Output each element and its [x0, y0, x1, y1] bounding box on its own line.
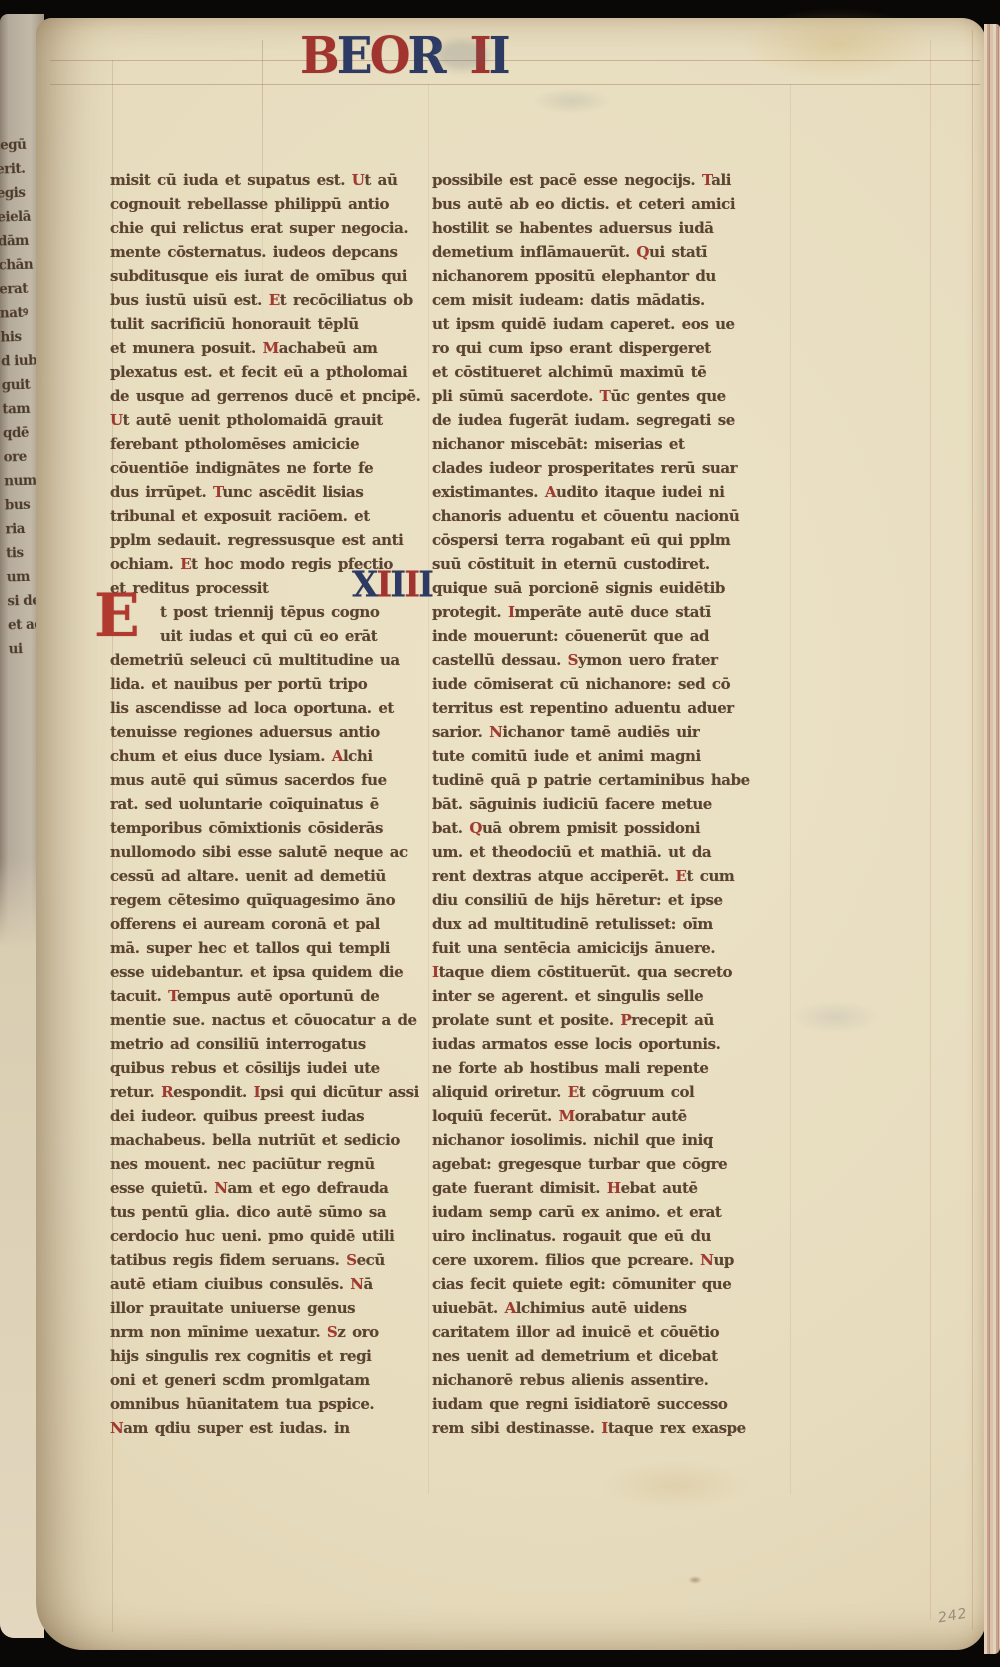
text-line: castellū dessau. Symon uero frater: [432, 648, 792, 672]
text-line: nichanorem ppositū elephantor du: [432, 264, 792, 288]
chapter-numeral-XIIII: XIIII: [352, 568, 432, 604]
text-line: protegit. Imperāte autē duce statī: [432, 600, 792, 624]
page-edge-right: [984, 24, 1000, 1654]
text-column-left: misit cū iuda et supatus est. Ut aūcogno…: [110, 168, 426, 1440]
manuscript-photo: legūerit.egiseielādāmchāneratnatꝰhisd iu…: [0, 0, 1000, 1667]
text-line: mā. super hec et tallos qui templi: [110, 936, 426, 960]
text-line: aliquid oriretur. Et cōgruum col: [432, 1080, 792, 1104]
text-line: cerdocio huc ueni. pmo quidē utili: [110, 1224, 426, 1248]
letter-glyph: I: [404, 567, 418, 605]
text-line: dus irrūpet. Tunc ascēdit lisias: [110, 480, 426, 504]
text-line: autē etiam ciuibus consulēs. Nā: [110, 1272, 426, 1296]
text-line: ferebant ptholomēses amicicie: [110, 432, 426, 456]
text-column-right: possibile est pacē esse negocijs. Talibu…: [432, 168, 792, 1440]
page-edge-line: [972, 30, 973, 1630]
text-line: machabeus. bella nutriūt et sedicio: [110, 1128, 426, 1152]
letter-glyph: I: [418, 567, 432, 605]
text-line: erat: [0, 276, 39, 301]
text-line: Nam qdiu super est iudas. in: [110, 1416, 426, 1440]
text-line: ne forte ab hostibus mali repente: [432, 1056, 792, 1080]
text-line: cōspersi terra rogabant eū qui pplm: [432, 528, 792, 552]
text-line: bus iustū uisū est. Et recōciliatus ob: [110, 288, 426, 312]
text-line: tatibus regis fidem seruans. Secū: [110, 1248, 426, 1272]
ruling-line-margin-right: [930, 40, 931, 1620]
text-line: mente cōsternatus. iudeos depcans: [110, 240, 426, 264]
text-line: cognouit rebellasse philippū antio: [110, 192, 426, 216]
text-line: cōuentiōe indignātes ne forte fe: [110, 456, 426, 480]
text-line: oni et generi scdm promlgatam: [110, 1368, 426, 1392]
text-line: prolate sunt et posite. Precepit aū: [432, 1008, 792, 1032]
text-line: caritatem illor ad inuicē et cōuētio: [432, 1320, 792, 1344]
text-line: offerens ei auream coronā et pal: [110, 912, 426, 936]
text-line: tribunal et exposuit raciōem. et: [110, 504, 426, 528]
text-line: lis ascendisse ad loca oportuna. et: [110, 696, 426, 720]
text-line: esse uidebantur. et ipsa quidem die: [110, 960, 426, 984]
text-line: bat. Quā obrem pmisit possidoni: [432, 816, 792, 840]
text-lines-right: possibile est pacē esse negocijs. Talibu…: [432, 168, 792, 1440]
text-line: rem sibi destinasse. Itaque rex exaspe: [432, 1416, 792, 1440]
text-line: misit cū iuda et supatus est. Ut aū: [110, 168, 426, 192]
text-line: uiro inclinatus. rogauit que eū du: [432, 1224, 792, 1248]
text-line: ro qui cum ipso erant dispergeret: [432, 336, 792, 360]
text-line: possibile est pacē esse negocijs. Tali: [432, 168, 792, 192]
text-line: de usque ad gerrenos ducē et pncipē.: [110, 384, 426, 408]
text-line: omnibus hūanitatem tua pspice.: [110, 1392, 426, 1416]
text-line: de iudea fugerāt iudam. segregati se: [432, 408, 792, 432]
text-line: demetium inflāmauerūt. Qui statī: [432, 240, 792, 264]
text-line: clades iudeor prosperitates rerū suar: [432, 456, 792, 480]
ruling-line-gutter: [428, 84, 429, 1494]
letter-glyph: I: [376, 567, 390, 605]
text-line: bāt. sāguinis iudiciū facere metue: [432, 792, 792, 816]
text-line: chanoris aduentu et cōuentu nacionū: [432, 504, 792, 528]
text-line: bus autē ab eo dictis. et ceteri amici: [432, 192, 792, 216]
text-line: sarior. Nichanor tamē audiēs uir: [432, 720, 792, 744]
text-line: nichanor miscebāt: miserias et: [432, 432, 792, 456]
text-line: quibus rebus et cōsilijs iudei ute: [110, 1056, 426, 1080]
text-line: mus autē qui sūmus sacerdos fue: [110, 768, 426, 792]
text-line: temporibus cōmixtionis cōsiderās: [110, 816, 426, 840]
text-line: dux ad multitudinē retulisset: oīm: [432, 912, 792, 936]
text-line: tulit sacrificiū honorauit tēplū: [110, 312, 426, 336]
text-line: agebat: gregesque turbar que cōgre: [432, 1152, 792, 1176]
text-line: um. et theodociū et mathiā. ut da: [432, 840, 792, 864]
chapter-initial-E: E: [94, 588, 152, 646]
text-line: ut ipsm quidē iudam caperet. eos ue: [432, 312, 792, 336]
text-line: cias fecit quiete egit: cōmuniter que: [432, 1272, 792, 1296]
text-line: retur. Respondit. Ipsi qui dicūtur assi: [110, 1080, 426, 1104]
text-line: quique suā porcionē signis euidētib: [432, 576, 792, 600]
letter-glyph: B: [300, 26, 337, 85]
text-line: demetriū seleuci cū multitudine ua: [110, 648, 426, 672]
text-line: lida. et nauibus per portū tripo: [110, 672, 426, 696]
text-line: nrm non mīnime uexatur. Sz oro: [110, 1320, 426, 1344]
text-line: cessū ad altare. uenit ad demetiū: [110, 864, 426, 888]
text-line: gate fuerant dimisit. Hebat autē: [432, 1176, 792, 1200]
text-line: pplm sedauit. regressusque est anti: [110, 528, 426, 552]
text-line: nes uenit ad demetrium et dicebat: [432, 1344, 792, 1368]
text-line: cere uxorem. filios que pcreare. Nup: [432, 1248, 792, 1272]
text-line: nullomodo sibi esse salutē neque ac: [110, 840, 426, 864]
text-line: eielā: [0, 204, 38, 229]
text-line: existimantes. Audito itaque iudei ni: [432, 480, 792, 504]
text-line: subditusque eis iurat de omībus qui: [110, 264, 426, 288]
text-line: natꝰ: [0, 300, 40, 325]
text-line: fuit una sentēcia amicicijs ānuere.: [432, 936, 792, 960]
text-line: pli sūmū sacerdote. Tūc gentes que: [432, 384, 792, 408]
text-line: et munera posuit. Machabeū am: [110, 336, 426, 360]
text-line: tudinē quā p patrie certaminibus habe: [432, 768, 792, 792]
text-line: chān: [0, 252, 39, 277]
text-line: tacuit. Tempus autē oportunū de: [110, 984, 426, 1008]
text-line: rat. sed uoluntarie coīquinatus ē: [110, 792, 426, 816]
text-line: chie qui relictus erat super negocia.: [110, 216, 426, 240]
text-line: dei iudeor. quibus preest iudas: [110, 1104, 426, 1128]
text-line: cem misit iudeam: datis mādatis.: [432, 288, 792, 312]
text-line: suū cōstituit in eternū custodiret.: [432, 552, 792, 576]
text-line: esse quietū. Nam et ego defrauda: [110, 1176, 426, 1200]
text-line: nichanor iosolimis. nichil que iniq: [432, 1128, 792, 1152]
text-line: plexatus est. et fecit eū a ptholomai: [110, 360, 426, 384]
text-line: nichanorē rebus alienis assentire.: [432, 1368, 792, 1392]
text-line: iudam que regni īsidiatorē successo: [432, 1392, 792, 1416]
letter-glyph: X: [352, 567, 376, 605]
text-line: metrio ad consiliū interrogatus: [110, 1032, 426, 1056]
text-line: dām: [0, 228, 38, 253]
text-line: diu consiliū de hijs hēretur: et ipse: [432, 888, 792, 912]
text-line: nes mouent. nec paciūtur regnū: [110, 1152, 426, 1176]
text-lines-left: misit cū iuda et supatus est. Ut aūcogno…: [110, 168, 426, 1440]
text-line: tenuisse regiones aduersus antio: [110, 720, 426, 744]
text-line: his: [0, 324, 41, 349]
text-line: legū: [0, 132, 36, 157]
text-line: inde mouerunt: cōuenerūt que ad: [432, 624, 792, 648]
letter-glyph: O: [370, 26, 408, 85]
text-line: illor prauitate uniuerse genus: [110, 1296, 426, 1320]
letter-glyph: I: [390, 567, 404, 605]
text-line: hijs singulis rex cognitis et regi: [110, 1344, 426, 1368]
text-line: chum et eius duce lysiam. Alchi: [110, 744, 426, 768]
text-line: egis: [0, 180, 37, 205]
text-line: mentie sue. nactus et cōuocatur a de: [110, 1008, 426, 1032]
text-line: Ut autē uenit ptholomaidā grauit: [110, 408, 426, 432]
text-line: et cōstitueret alchimū maximū tē: [432, 360, 792, 384]
text-line: uiuebāt. Alchimius autē uidens: [432, 1296, 792, 1320]
text-line: rent dextras atque acciperēt. Et cum: [432, 864, 792, 888]
text-line: uit iudas et qui cū eo erāt: [110, 624, 426, 648]
letter-glyph: I: [489, 26, 508, 85]
text-line: inter se agerent. et singulis selle: [432, 984, 792, 1008]
text-line: tus pentū glia. dico autē sūmo sa: [110, 1200, 426, 1224]
text-line: territus est repentino aduentu aduer: [432, 696, 792, 720]
text-line: iudas armatos esse locis oportunis.: [432, 1032, 792, 1056]
text-line: iudam semp carū ex animo. et erat: [432, 1200, 792, 1224]
text-line: hostilit se habentes aduersus iudā: [432, 216, 792, 240]
letter-glyph: E: [337, 26, 370, 85]
text-line: erit.: [0, 156, 36, 181]
text-line: tute comitū iude et animi magni: [432, 744, 792, 768]
offset-ink-ghost: [436, 40, 488, 70]
text-line: loquiū fecerūt. Morabatur autē: [432, 1104, 792, 1128]
text-line: regem cētesimo quīquagesimo āno: [110, 888, 426, 912]
text-line: iude cōmiserat cū nichanore: sed cō: [432, 672, 792, 696]
text-line: Itaque diem cōstituerūt. qua secreto: [432, 960, 792, 984]
